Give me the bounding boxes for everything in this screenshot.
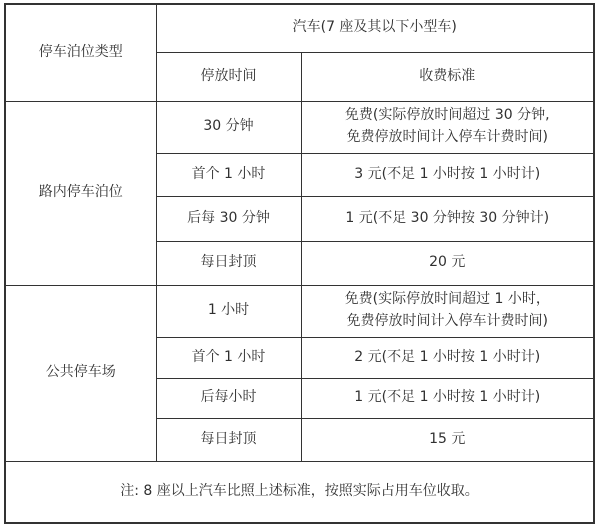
time-cell: 后每小时 xyxy=(156,378,301,418)
fee-cell: 1 元(不足 30 分钟按 30 分钟计) xyxy=(301,196,594,241)
time-column-header-cell: 停放时间 xyxy=(156,52,301,101)
parking-type-header-cell: 停车泊位类型 xyxy=(5,4,156,101)
table-row: 停车泊位类型 汽车(7 座及其以下小型车) xyxy=(5,4,594,52)
time-cell: 首个 1 小时 xyxy=(156,153,301,196)
section-label-onstreet-parking: 路内停车泊位 xyxy=(5,101,156,285)
page: 停车泊位类型 汽车(7 座及其以下小型车) 停放时间 收费标准 路内停车泊位 3… xyxy=(0,0,601,526)
fee-cell: 免费(实际停放时间超过 30 分钟, 免费停放时间计入停车计费时间) xyxy=(301,101,594,153)
table-row: 公共停车场 1 小时 免费(实际停放时间超过 1 小时， 免费停放时间计入停车计… xyxy=(5,285,594,337)
fee-cell: 1 元(不足 1 小时按 1 小时计) xyxy=(301,378,594,418)
fee-column-header-cell: 收费标准 xyxy=(301,52,594,101)
fee-cell: 免费(实际停放时间超过 1 小时， 免费停放时间计入停车计费时间) xyxy=(301,285,594,337)
table-row: 注: 8 座以上汽车比照上述标准，按照实际占用车位收取。 xyxy=(5,461,594,523)
time-cell: 1 小时 xyxy=(156,285,301,337)
fee-cell: 15 元 xyxy=(301,418,594,461)
table-row: 路内停车泊位 30 分钟 免费(实际停放时间超过 30 分钟, 免费停放时间计入… xyxy=(5,101,594,153)
time-cell: 后每 30 分钟 xyxy=(156,196,301,241)
fee-cell: 20 元 xyxy=(301,241,594,285)
time-cell: 每日封顶 xyxy=(156,241,301,285)
section-label-public-parking-lot: 公共停车场 xyxy=(5,285,156,461)
time-cell: 30 分钟 xyxy=(156,101,301,153)
parking-fee-table: 停车泊位类型 汽车(7 座及其以下小型车) 停放时间 收费标准 路内停车泊位 3… xyxy=(4,3,595,524)
time-cell: 每日封顶 xyxy=(156,418,301,461)
fee-cell: 3 元(不足 1 小时按 1 小时计) xyxy=(301,153,594,196)
fee-cell: 2 元(不足 1 小时按 1 小时计) xyxy=(301,337,594,378)
vehicle-category-header-cell: 汽车(7 座及其以下小型车) xyxy=(156,4,594,52)
time-cell: 首个 1 小时 xyxy=(156,337,301,378)
footnote-cell: 注: 8 座以上汽车比照上述标准，按照实际占用车位收取。 xyxy=(5,461,594,523)
